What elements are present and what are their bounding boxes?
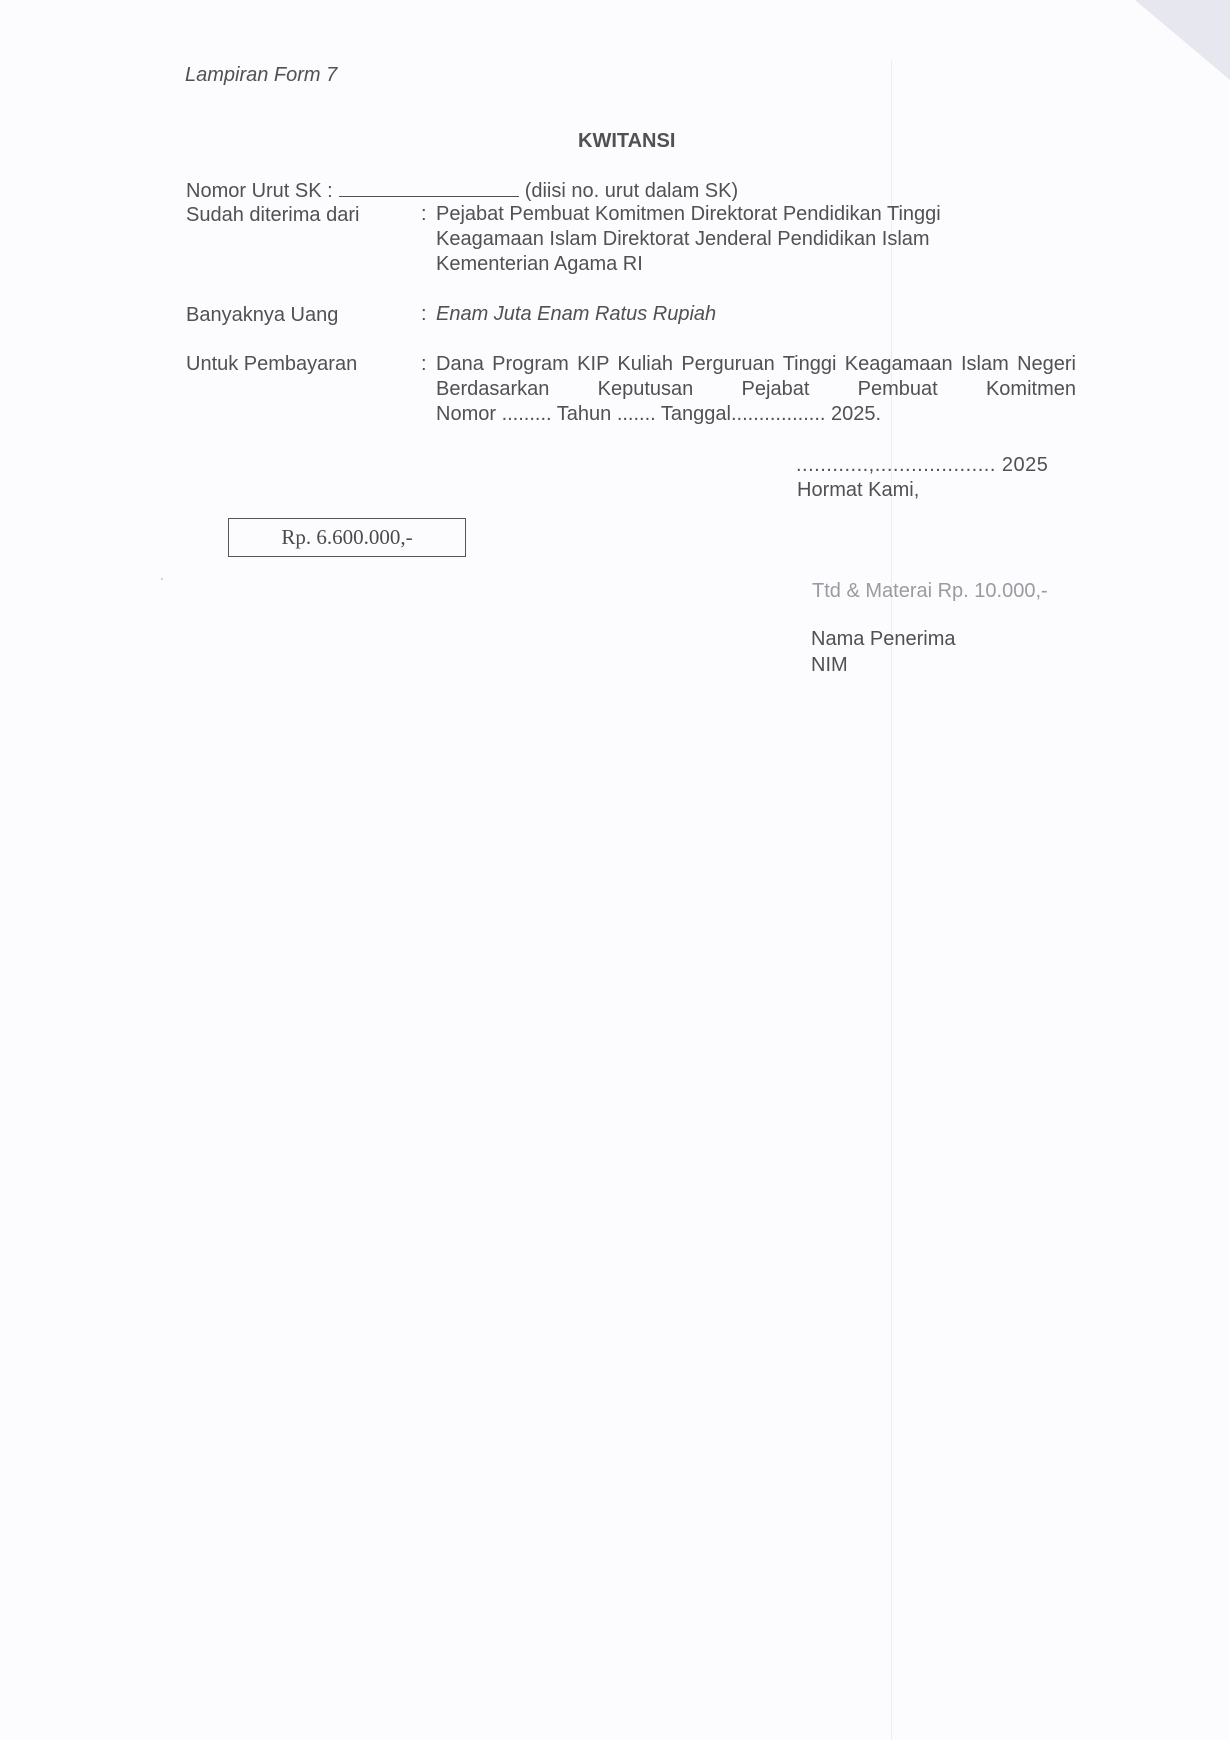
amount-in-words-label: Banyaknya Uang (186, 303, 338, 327)
sk-number-blank-field[interactable] (339, 178, 519, 197)
amount-in-words-value: Enam Juta Enam Ratus Rupiah (436, 302, 1076, 327)
sk-number-label: Nomor Urut SK : (186, 180, 333, 202)
payment-for-text: Dana Program KIP Kuliah Perguruan Tinggi… (436, 352, 1076, 402)
amount-box: Rp. 6.600.000,- (228, 518, 466, 557)
received-from-line-3: Kementerian Agama RI (436, 252, 1076, 277)
received-from-line-1: Pejabat Pembuat Komitmen Direktorat Pend… (436, 202, 1076, 227)
amount-box-value: Rp. 6.600.000,- (281, 525, 412, 550)
attachment-label: Lampiran Form 7 (185, 64, 337, 87)
sk-number-hint: (diisi no. urut dalam SK) (525, 180, 738, 202)
payment-for-colon: : (421, 352, 427, 377)
received-from-colon: : (421, 202, 427, 227)
received-from-value: : Pejabat Pembuat Komitmen Direktorat Pe… (421, 202, 1076, 277)
payment-for-row: : Dana Program KIP Kuliah Perguruan Ting… (421, 352, 1076, 427)
recipient-id-label: NIM (811, 654, 848, 677)
amount-in-words-row: : Enam Juta Enam Ratus Rupiah (421, 302, 1076, 327)
closing-salutation: Hormat Kami, (797, 479, 919, 502)
place-date-line: ............,.................... 2025 (796, 454, 1048, 477)
scan-corner-fold (1135, 0, 1230, 80)
document-title: KWITANSI (578, 130, 675, 153)
received-from-label: Sudah diterima dari (186, 203, 359, 227)
receipt-page: Lampiran Form 7 KWITANSI Nomor Urut SK :… (0, 0, 1230, 1740)
scan-speck (161, 578, 163, 580)
sk-number-row: Nomor Urut SK :(diisi no. urut dalam SK) (186, 178, 738, 203)
received-from-line-2: Keagamaan Islam Direktorat Jenderal Pend… (436, 227, 1076, 252)
signature-stamp-note: Ttd & Materai Rp. 10.000,- (812, 580, 1048, 603)
payment-for-label: Untuk Pembayaran (186, 352, 357, 376)
amount-in-words-colon: : (421, 302, 427, 327)
recipient-name-label: Nama Penerima (811, 628, 956, 651)
payment-for-last-line: Nomor ......... Tahun ....... Tanggal...… (436, 402, 1076, 427)
